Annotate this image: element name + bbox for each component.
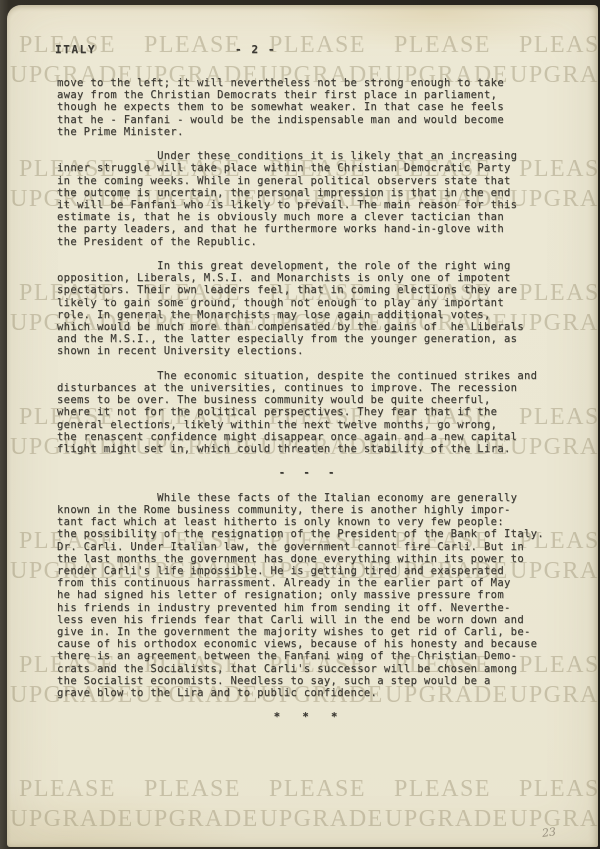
paragraph: Under these conditions it is likely that… bbox=[57, 150, 562, 248]
watermark-upgrade-text: UPGRADE bbox=[385, 807, 509, 831]
watermark-upgrade-text: UPGRADE bbox=[260, 807, 384, 831]
page-number: - 2 - bbox=[235, 43, 276, 56]
page-header: ITALY - 2 - bbox=[7, 43, 598, 57]
document-page: PLEASEUPGRADEPLEASEUPGRADEPLEASEUPGRADEP… bbox=[7, 5, 598, 847]
paragraph: The economic situation, despite the cont… bbox=[57, 370, 562, 455]
paragraph: In this great development, the role of t… bbox=[57, 260, 562, 358]
paragraph: move to the left; it will nevertheless n… bbox=[57, 77, 562, 138]
watermark-please-text: PLEASE bbox=[19, 777, 116, 801]
watermark-upgrade-text: UPGRADE bbox=[10, 807, 134, 831]
watermark-please-text: PLEASE bbox=[144, 777, 241, 801]
separator-stars: * * * bbox=[57, 711, 562, 723]
handwritten-page-number: 23 bbox=[541, 825, 556, 840]
watermark-please-text: PLEASE bbox=[269, 777, 366, 801]
document-body: move to the left; it will nevertheless n… bbox=[57, 77, 562, 736]
paragraph: While these facts of the Italian economy… bbox=[57, 492, 562, 699]
separator-dashes: - - - bbox=[57, 467, 562, 479]
watermark-please-text: PLEASE bbox=[519, 777, 598, 801]
watermark-upgrade-text: UPGRADE bbox=[135, 807, 259, 831]
watermark-please-text: PLEASE bbox=[394, 777, 491, 801]
scanned-document: PLEASEUPGRADEPLEASEUPGRADEPLEASEUPGRADEP… bbox=[0, 0, 600, 849]
country-heading: ITALY bbox=[55, 43, 96, 56]
